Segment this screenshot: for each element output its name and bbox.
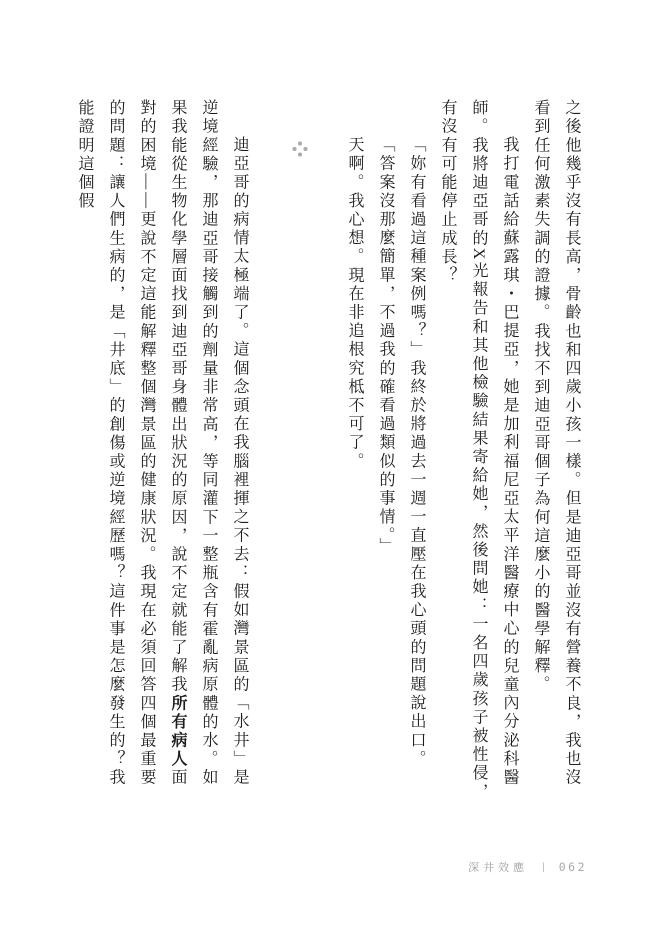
text-block: 之後他幾乎沒有長高，骨齡也和四歲小孩一樣。但是迪亞哥並沒有營養不良，我也沒看到任… [69, 99, 587, 805]
footer-page-number: 062 [559, 860, 587, 874]
footer-book-title: 深井效應 [468, 859, 528, 875]
page-footer: 深井效應 | 062 [468, 859, 587, 875]
body-text: 之後他幾乎沒有長高，骨齡也和四歲小孩一樣。但是迪亞哥並沒有營養不良，我也沒看到任… [532, 99, 580, 787]
book-page: 之後他幾乎沒有長高，骨齡也和四歲小孩一樣。但是迪亞哥並沒有營養不良，我也沒看到任… [0, 0, 663, 932]
section-1: 之後他幾乎沒有長高，骨齡也和四歲小孩一樣。但是迪亞哥並沒有營養不良，我也沒看到任… [339, 99, 587, 805]
paragraph: 「妳有看過這種案例嗎？」我終於將過去一週一直壓在我心頭的問題說出口。 [401, 99, 432, 805]
paragraph: 天啊。我心想。現在非追根究柢不可了。 [339, 99, 370, 805]
body-text: 迪亞哥的病情太極端了。這個念頭在我腦裡揮之不去：假如灣景區的「水井」是逆境經驗，… [169, 99, 248, 787]
paragraph: 我打電話給蘇露琪・巴提亞，她是加利福尼亞太平洋醫療中心的兒童內分泌科醫師。我將迪… [432, 99, 525, 805]
body-text: 「妳有看過這種案例嗎？」我終於將過去一週一直壓在我心頭的問題說出口。 [408, 136, 425, 768]
section-divider-diamond-dots-icon [298, 147, 302, 151]
footer-separator: | [542, 862, 545, 873]
body-text: 我打電話給蘇露琪・巴提亞，她是加利福尼亞太平洋醫療中心的兒童內分泌科醫師。我將迪… [439, 99, 518, 801]
section-2: 迪亞哥的病情太極端了。這個念頭在我腦裡揮之不去：假如灣景區的「水井」是逆境經驗，… [69, 99, 255, 805]
paragraph: 迪亞哥的病情太極端了。這個念頭在我腦裡揮之不去：假如灣景區的「水井」是逆境經驗，… [69, 99, 255, 805]
paragraph: 「答案沒那麼簡單，不過我的確看過類似的事情。」 [370, 99, 401, 805]
paragraph: 之後他幾乎沒有長高，骨齡也和四歲小孩一樣。但是迪亞哥並沒有營養不良，我也沒看到任… [525, 99, 587, 805]
body-text: 天啊。我心想。現在非追根究柢不可了。 [346, 136, 363, 471]
emphasized-text: 所有病人 [169, 694, 186, 768]
body-text: 「答案沒那麼簡單，不過我的確看過類似的事情。」 [377, 136, 394, 556]
